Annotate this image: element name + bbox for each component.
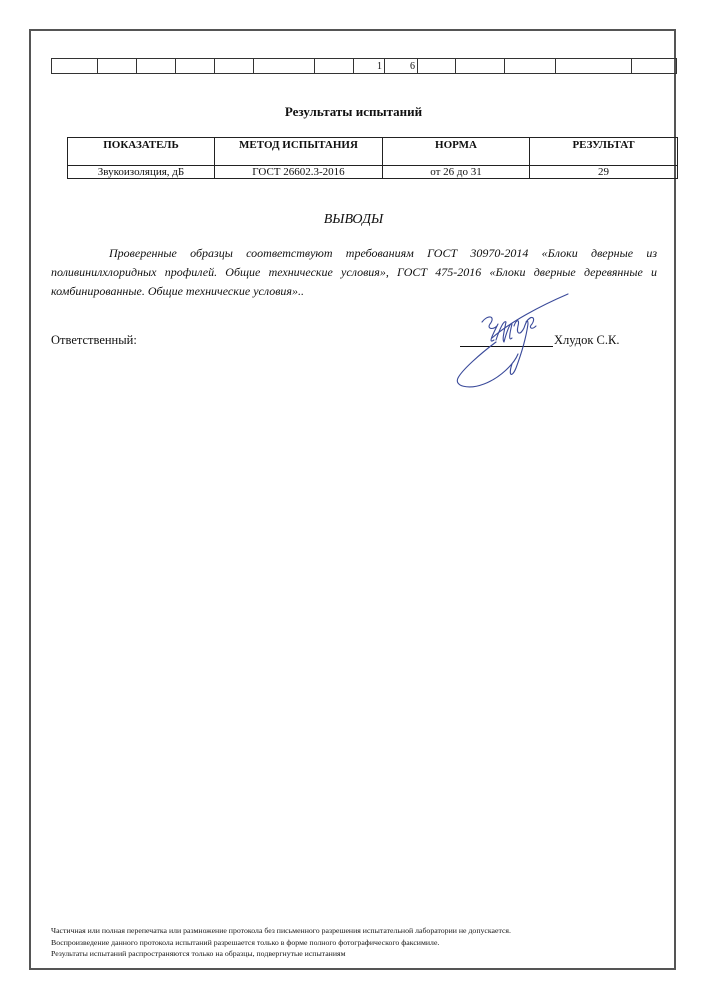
stamp-cell [137,59,176,74]
stamp-cell [632,59,677,74]
column-header-method: МЕТОД ИСПЫТАНИЯ [215,138,383,166]
header-stamp-table: 1 6 [51,58,677,74]
stamp-cell [505,59,556,74]
cell-indicator: Звукоизоляция, дБ [68,166,215,179]
stamp-cell [556,59,632,74]
table-row: Звукоизоляция, дБ ГОСТ 26602.3-2016 от 2… [68,166,678,179]
stamp-cell [254,59,315,74]
cell-method: ГОСТ 26602.3-2016 [215,166,383,179]
footer-disclaimer: Частичная или полная перепечатка или раз… [51,925,651,960]
stamp-cell [176,59,215,74]
footer-line: Воспроизведение данного протокола испыта… [51,937,651,949]
results-table: ПОКАЗАТЕЛЬ МЕТОД ИСПЫТАНИЯ НОРМА РЕЗУЛЬТ… [67,137,678,179]
stamp-cell [315,59,354,74]
stamp-cell [98,59,137,74]
stamp-cell [215,59,254,74]
stamp-cell [52,59,98,74]
column-header-indicator: ПОКАЗАТЕЛЬ [68,138,215,166]
responsible-label: Ответственный: [51,333,137,348]
results-header-row: ПОКАЗАТЕЛЬ МЕТОД ИСПЫТАНИЯ НОРМА РЕЗУЛЬТ… [68,138,678,166]
stamp-cell [456,59,505,74]
stamp-cell: 1 [354,59,385,74]
column-header-result: РЕЗУЛЬТАТ [530,138,678,166]
stamp-row: 1 6 [52,59,677,74]
stamp-cell: 6 [385,59,418,74]
signature-icon [440,292,570,392]
stamp-cell [418,59,456,74]
cell-norm: от 26 до 31 [383,166,530,179]
column-header-norm: НОРМА [383,138,530,166]
footer-line: Результаты испытаний распространяются то… [51,948,651,960]
cell-result: 29 [530,166,678,179]
conclusions-title: ВЫВОДЫ [0,212,707,228]
footer-line: Частичная или полная перепечатка или раз… [51,925,651,937]
results-title: Результаты испытаний [0,104,707,120]
